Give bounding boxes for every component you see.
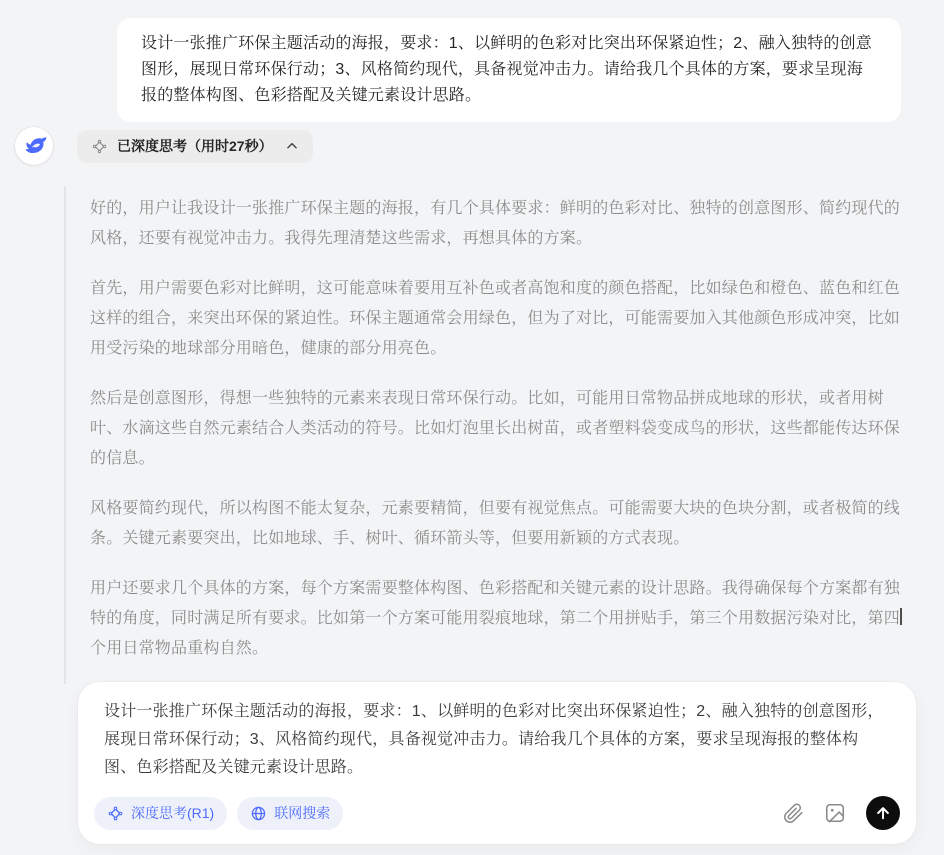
tool-pills: 深度思考(R1) 联网搜索 <box>94 797 343 830</box>
upload-image-button[interactable] <box>824 802 846 824</box>
thinking-paragraph: 风格要简约现代，所以构图不能太复杂，元素要精简，但要有视觉焦点。可能需要大块的色… <box>90 494 906 554</box>
deep-thought-toggle[interactable]: 已深度思考（用时27秒） <box>77 130 313 163</box>
thinking-content: 好的，用户让我设计一张推广环保主题的海报，有几个具体要求：鲜明的色彩对比、独特的… <box>64 186 906 684</box>
thinking-paragraph: 首先，用户需要色彩对比鲜明，这可能意味着要用互补色或者高饱和度的颜色搭配，比如绿… <box>90 274 906 364</box>
atom-icon <box>107 805 124 822</box>
composer: 设计一张推广环保主题活动的海报，要求：1、以鲜明的色彩对比突出环保紧迫性；2、融… <box>78 682 916 844</box>
tool-label: 联网搜索 <box>274 803 330 823</box>
thinking-paragraph: 用户还要求几个具体的方案，每个方案需要整体构图、色彩搭配和关键元素的设计思路。我… <box>90 574 906 664</box>
assistant-header-row: 已深度思考（用时27秒） <box>15 127 313 165</box>
deepseek-whale-logo <box>21 133 48 160</box>
composer-actions <box>783 796 900 830</box>
deepthink-box-icon <box>91 138 108 155</box>
tool-label: 深度思考(R1) <box>131 803 214 823</box>
deepseek-avatar <box>15 127 53 165</box>
attach-file-button[interactable] <box>783 803 804 824</box>
deep-thought-label: 已深度思考（用时27秒） <box>117 136 273 156</box>
arrow-up-icon <box>874 804 892 822</box>
message-input[interactable]: 设计一张推广环保主题活动的海报，要求：1、以鲜明的色彩对比突出环保紧迫性；2、融… <box>78 682 916 788</box>
user-message-text: 设计一张推广环保主题活动的海报，要求：1、以鲜明的色彩对比突出环保紧迫性；2、融… <box>141 35 872 104</box>
thinking-text-before-caret: 用户还要求几个具体的方案，每个方案需要整体构图、色彩搭配和关键元素的设计思路。我… <box>90 580 900 627</box>
paperclip-icon <box>783 803 804 824</box>
chevron-up-icon <box>285 139 299 153</box>
web-search-toggle-button[interactable]: 联网搜索 <box>237 797 343 830</box>
thinking-paragraph: 好的，用户让我设计一张推广环保主题的海报，有几个具体要求：鲜明的色彩对比、独特的… <box>90 194 906 254</box>
user-message-bubble: 设计一张推广环保主题活动的海报，要求：1、以鲜明的色彩对比突出环保紧迫性；2、融… <box>117 18 901 122</box>
deepthink-toggle-button[interactable]: 深度思考(R1) <box>94 797 227 830</box>
globe-icon <box>250 805 267 822</box>
chat-page: 设计一张推广环保主题活动的海报，要求：1、以鲜明的色彩对比突出环保紧迫性；2、融… <box>0 0 944 855</box>
text-caret <box>900 608 902 625</box>
thinking-text-after-caret: 个用日常物品重构自然。 <box>90 640 268 657</box>
send-button[interactable] <box>866 796 900 830</box>
image-icon <box>824 802 846 824</box>
composer-toolbar: 深度思考(R1) 联网搜索 <box>78 788 916 844</box>
thinking-paragraph: 然后是创意图形，得想一些独特的元素来表现日常环保行动。比如，可能用日常物品拼成地… <box>90 384 906 474</box>
